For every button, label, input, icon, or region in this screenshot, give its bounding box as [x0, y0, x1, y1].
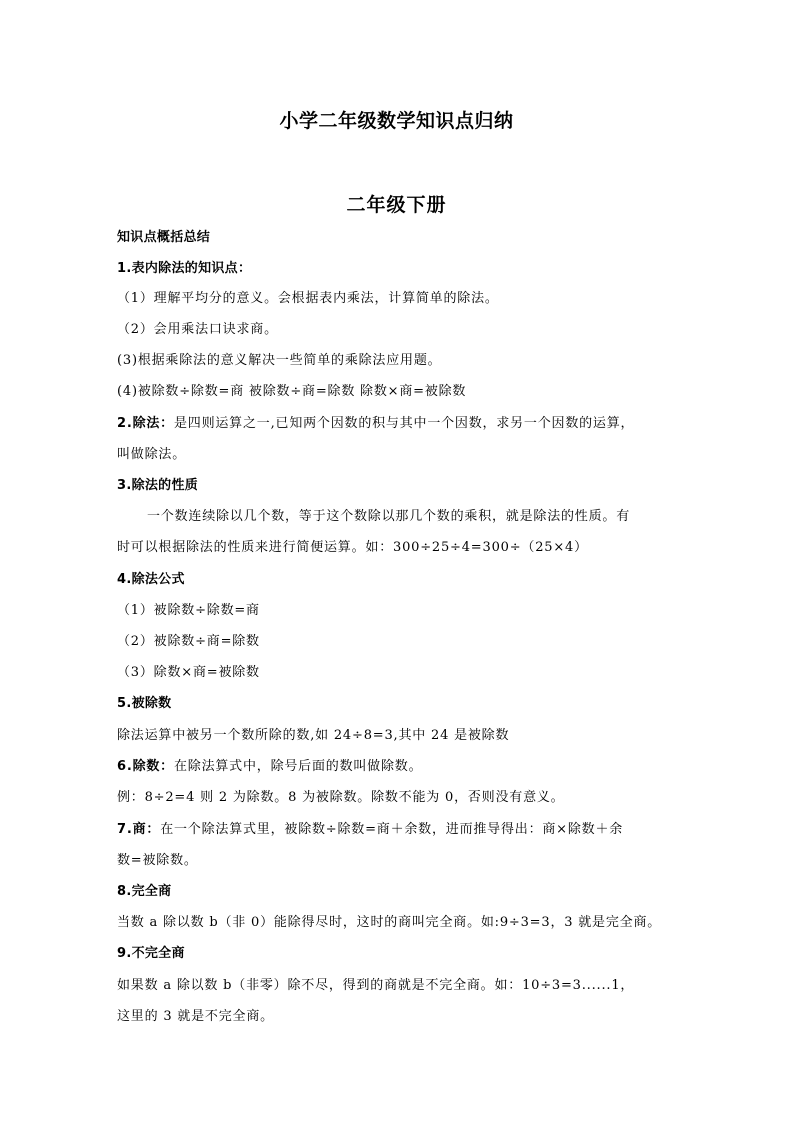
section-5-heading: 5.被除数	[117, 695, 683, 713]
section-8-heading: 8.完全商	[117, 883, 683, 901]
summary-heading: 知识点概括总结	[117, 229, 683, 247]
section-6-line-1: 在除法算式中，除号后面的数叫做除数。	[174, 759, 422, 774]
section-4-line-3: （3）除数×商=被除数	[117, 664, 683, 682]
section-6-paragraph: 6.除数：在除法算式中，除号后面的数叫做除数。	[117, 758, 683, 776]
section-4-heading: 4.除法公式	[117, 571, 683, 589]
section-7-heading: 7.商：	[117, 822, 160, 837]
section-2-paragraph: 2.除法：是四则运算之一,已知两个因数的积与其中一个因数，求另一个因数的运算，	[117, 415, 683, 433]
section-1-heading: 1.表内除法的知识点：	[117, 260, 683, 278]
section-2-line-2: 叫做除法。	[117, 446, 683, 464]
section-3-line-1: 一个数连续除以几个数，等于这个数除以那几个数的乘积，就是除法的性质。有	[117, 508, 683, 526]
section-1-line-3: (3)根据乘除法的意义解决一些简单的乘除法应用题。	[117, 352, 683, 370]
section-9-line-2: 这里的 3 就是不完全商。	[117, 1008, 683, 1026]
section-7-line-2: 数=被除数。	[117, 852, 683, 870]
section-1-line-4: (4)被除数÷除数=商 被除数÷商=除数 除数×商=被除数	[117, 383, 683, 401]
section-1-line-2: （2）会用乘法口诀求商。	[117, 321, 683, 339]
section-2-line-1: 是四则运算之一,已知两个因数的积与其中一个因数，求另一个因数的运算，	[174, 416, 634, 431]
section-4-line-1: （1）被除数÷除数=商	[117, 602, 683, 620]
section-8-line-1: 当数 a 除以数 b（非 0）能除得尽时，这时的商叫完全商。如:9÷3=3，3 …	[117, 914, 683, 932]
section-6-line-2: 例：8÷2=4 则 2 为除数。8 为被除数。除数不能为 0，否则没有意义。	[117, 789, 683, 807]
section-9-heading: 9.不完全商	[117, 945, 683, 963]
document-page: 小学二年级数学知识点归纳 二年级下册 知识点概括总结 1.表内除法的知识点： （…	[0, 0, 793, 1122]
section-6-heading: 6.除数：	[117, 759, 174, 774]
section-3-line-2: 时可以根据除法的性质来进行简便运算。如：300÷25÷4=300÷（25×4）	[117, 539, 683, 557]
section-4-line-2: （2）被除数÷商=除数	[117, 633, 683, 651]
section-5-line-1: 除法运算中被另一个数所除的数,如 24÷8=3,其中 24 是被除数	[117, 727, 683, 745]
section-7-line-1: 在一个除法算式里，被除数÷除数=商＋余数，进而推导得出：商×除数＋余	[160, 822, 623, 837]
section-1-line-1: （1）理解平均分的意义。会根据表内乘法，计算简单的除法。	[117, 290, 683, 308]
section-7-paragraph: 7.商：在一个除法算式里，被除数÷除数=商＋余数，进而推导得出：商×除数＋余	[117, 821, 683, 839]
section-9-line-1: 如果数 a 除以数 b（非零）除不尽，得到的商就是不完全商。如：10÷3=3..…	[117, 977, 683, 995]
section-3-heading: 3.除法的性质	[117, 477, 683, 495]
section-2-heading: 2.除法：	[117, 416, 174, 431]
document-title: 小学二年级数学知识点归纳	[0, 106, 793, 133]
document-subtitle: 二年级下册	[0, 190, 793, 217]
